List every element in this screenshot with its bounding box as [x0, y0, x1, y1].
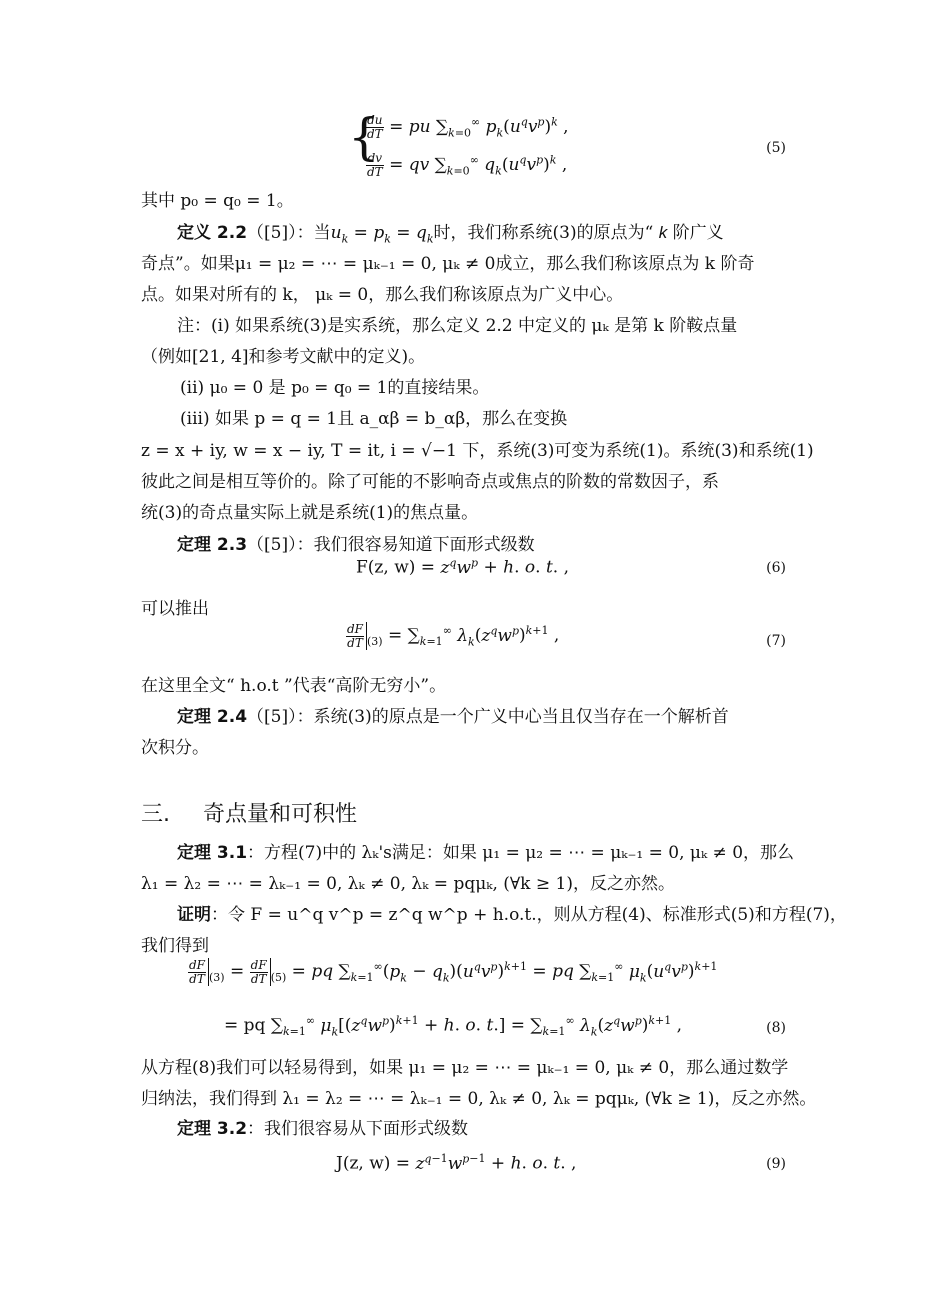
note-ii: (ii) μ₀ = 0 是 p₀ = q₀ = 1的直接结果。 — [180, 377, 830, 399]
note-line1: 注：(i) 如果系统(3)是实系统，那么定义 2.2 中定义的 μₖ 是第 k … — [177, 315, 827, 337]
document-page: { dudT = pu ∑k=0∞ pk(uqvp)k , dvdT = qv … — [0, 0, 926, 1309]
equation-8-row1: dFdT(3) = dFdT(5) = pq ∑k=1∞(pk − qk)(uq… — [188, 958, 717, 986]
note-line2: （例如[21, 4]和参考文献中的定义)。 — [141, 346, 791, 368]
theorem-label: 定理 2.3 — [177, 535, 247, 555]
theorem-2-4-line2: 次积分。 — [141, 737, 791, 759]
definition-2-2-line1: 定义 2.2（[5]）：当uk = pk = qk时，我们称系统(3)的原点为“… — [177, 222, 827, 250]
equation-5-row2: dvdT = qv ∑k=0∞ qk(uqvp)k , — [366, 152, 567, 179]
theorem-2-3: 定理 2.3（[5]）：我们很容易知道下面形式级数 — [177, 534, 827, 556]
section-number: 三. — [141, 797, 203, 828]
definition-2-2-line3: 点。如果对所有的 k， μₖ = 0，那么我们称该原点为广义中心。 — [141, 284, 791, 306]
text-p0: 其中 p₀ = q₀ = 1。 — [141, 190, 791, 212]
equation-7: dFdT(3) = ∑k=1∞ λk(zqwp)k+1 , — [346, 622, 559, 650]
proof-line2: 我们得到 — [141, 935, 791, 957]
theorem-2-4-line1: 定理 2.4（[5]）：系统(3)的原点是一个广义中心当且仅当存在一个解析首 — [177, 706, 827, 728]
theorem-3-2: 定理 3.2：我们很容易从下面形式级数 — [177, 1118, 827, 1140]
equation-5-row1: dudT = pu ∑k=0∞ pk(uqvp)k , — [366, 114, 569, 141]
text-derive: 可以推出 — [141, 598, 791, 620]
equation-8-row2: = pq ∑k=1∞ μk[(zqwp)k+1 + h. o. t.] = ∑k… — [224, 1014, 682, 1038]
theorem-3-1-line2: λ₁ = λ₂ = ⋯ = λₖ₋₁ = 0, λₖ ≠ 0, λₖ = pqμ… — [141, 873, 791, 895]
equation-6: F(z, w) = zqwp + h. o. t. , — [356, 556, 569, 578]
note-iii-line2: z = x + iy, w = x − iy, T = it, i = √−1 … — [141, 440, 791, 462]
equation-9: J(z, w) = zq−1wp−1 + h. o. t. , — [336, 1152, 576, 1174]
equation-number-8: (8) — [766, 1020, 786, 1036]
after-eq8-line1: 从方程(8)我们可以轻易得到，如果 μ₁ = μ₂ = ⋯ = μₖ₋₁ = 0… — [141, 1057, 791, 1079]
section-title: 奇点量和可积性 — [203, 802, 357, 827]
equation-number-7: (7) — [766, 633, 786, 649]
note-iii-line4: 统(3)的奇点量实际上就是系统(1)的焦点量。 — [141, 502, 791, 524]
definition-2-2-line2: 奇点”。如果μ₁ = μ₂ = ⋯ = μₖ₋₁ = 0, μₖ ≠ 0成立，那… — [141, 253, 791, 275]
after-eq8-line2: 归纳法，我们得到 λ₁ = λ₂ = ⋯ = λₖ₋₁ = 0, λₖ ≠ 0,… — [141, 1088, 791, 1110]
proof-line1: 证明：令 F = u^q v^p = z^q w^p + h.o.t.，则从方程… — [177, 904, 827, 926]
text-hot: 在这里全文“ h.o.t ”代表“高阶无穷小”。 — [141, 675, 791, 697]
note-iii: (iii) 如果 p = q = 1且 a_αβ = b_αβ，那么在变换 — [180, 408, 830, 430]
theorem-3-1-line1: 定理 3.1：方程(7)中的 λₖ's满足：如果 μ₁ = μ₂ = ⋯ = μ… — [177, 842, 827, 864]
equation-number-6: (6) — [766, 560, 786, 576]
equation-number-5: (5) — [766, 140, 786, 156]
note-iii-line3: 彼此之间是相互等价的。除了可能的不影响奇点或焦点的阶数的常数因子，系 — [141, 471, 791, 493]
equation-number-9: (9) — [766, 1156, 786, 1172]
section-heading: 三.奇点量和可积性 — [141, 797, 357, 828]
definition-label: 定义 2.2 — [177, 223, 247, 243]
